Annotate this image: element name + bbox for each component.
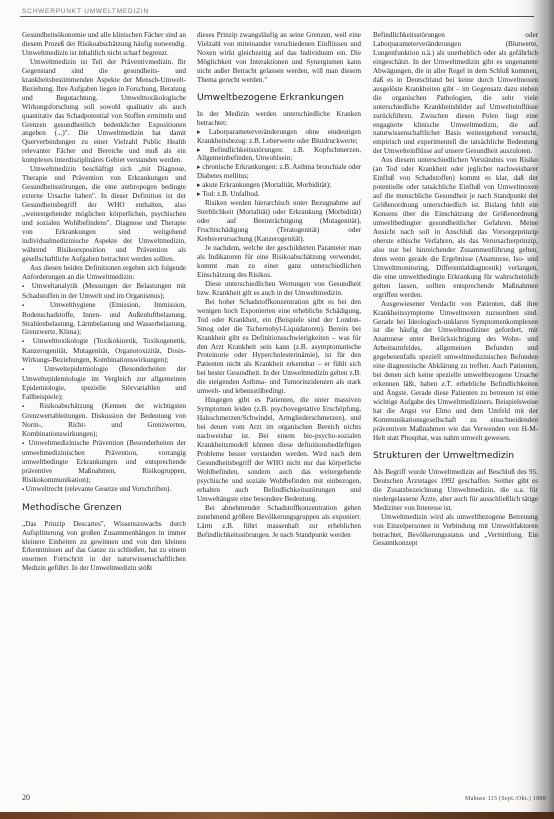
header-rule: [20, 16, 534, 17]
journal-footer: Mabuse 115 (Sept./Okt.) 1998: [465, 796, 546, 802]
paragraph: Befindlichkeitsstörungen oder Laborparam…: [373, 31, 538, 156]
list-item: Umweltmedizinische Prävention (Besonderh…: [22, 439, 186, 485]
list-item: Befindlichkeitsstörungen: z.B. Kopfschme…: [197, 146, 361, 164]
paragraph: dieses Prinzip zwangsläufig an seine Gre…: [197, 31, 361, 85]
desk-edge: [0, 812, 554, 819]
paragraph: Aus diesem unterschiedlichen Verständnis…: [373, 156, 538, 299]
paragraph: Diese unterschiedlichen Wertungen von Ge…: [197, 280, 361, 298]
section-heading-umweltbezogene-erkrankungen: Umweltbezogene Erkrankungen: [197, 92, 361, 104]
paragraph: Gesundheitsökonomie und alle klinischen …: [22, 31, 186, 58]
section-heading-strukturen: Strukturen der Umweltmedizin: [373, 450, 538, 462]
running-head: Schwerpunkt Umweltmedizin: [22, 8, 149, 15]
list-item: Laborparameterveränderungen ohne eindeut…: [197, 128, 361, 146]
list-item: Risikoabschätzung (Kennen der wichtigste…: [22, 402, 186, 439]
column-3: Befindlichkeitsstörungen oder Laborparam…: [373, 31, 538, 548]
list-item: Umweltanalytik (Messungen der Belastunge…: [22, 282, 186, 301]
column-2: dieses Prinzip zwangsläufig an seine Gre…: [197, 31, 361, 539]
list-item: chronische Erkrankungen: z.B. Asthma bro…: [197, 163, 361, 181]
list-item: Umwelttoxikologie (Toxikokinetik, Toxiko…: [22, 337, 186, 365]
document-page: Schwerpunkt Umweltmedizin Gesundheitsöko…: [0, 0, 554, 812]
requirements-list: Umweltanalytik (Messungen der Belastunge…: [22, 282, 186, 495]
list-item: Umwelthygiene (Emission, Immission, Bode…: [22, 301, 186, 338]
paragraph: Bei abnehmender Schadstoffkonzentration …: [197, 504, 361, 540]
list-item: Umweltepidemiologie (Besonderheiten der …: [22, 365, 186, 402]
paragraph: Je nachdem, welche der geschilderten Par…: [197, 244, 361, 280]
paragraph: Umweltmedizin wird als umweltbezogene Be…: [373, 513, 538, 549]
disease-list: Laborparameterveränderungen ohne eindeut…: [197, 128, 361, 200]
page-number: 20: [22, 793, 30, 802]
paragraph: Ausgewiesener Verdacht von Patienten, da…: [373, 300, 538, 443]
paragraph: In der Medizin werden unterschiedliche K…: [197, 110, 361, 128]
column-1: Gesundheitsökonomie und alle klinischen …: [22, 31, 186, 573]
paragraph: Als Begriff wurde Umweltmedizin auf Besc…: [373, 468, 538, 513]
paragraph: Umweltmedizin ist Teil der Präventivmedi…: [22, 58, 186, 165]
paragraph: „Das Prinzip Descartes", Wissenszuwachs …: [22, 520, 186, 574]
section-heading-methodische-grenzen: Methodische Grenzen: [22, 502, 186, 514]
list-item: Tod: z.B. Unfalltod.: [197, 190, 361, 199]
paragraph: Aus diesen beiden Definitionen ergeben s…: [22, 264, 186, 282]
list-item: Umweltrecht (relevante Gesetze und Vorsc…: [22, 485, 186, 495]
paragraph: Umweltmedizin beschäftigt sich „mit Diag…: [22, 165, 186, 263]
paragraph: Bei hoher Schadstoffkonzentration gibt e…: [197, 298, 361, 396]
list-item: akute Erkrankungen (Mortalität, Morbidit…: [197, 181, 361, 190]
paragraph: Hingegen gibt es Patienten, die unter ma…: [197, 396, 361, 503]
paragraph: Risiken werden hierarchisch unter Bezugn…: [197, 199, 361, 244]
